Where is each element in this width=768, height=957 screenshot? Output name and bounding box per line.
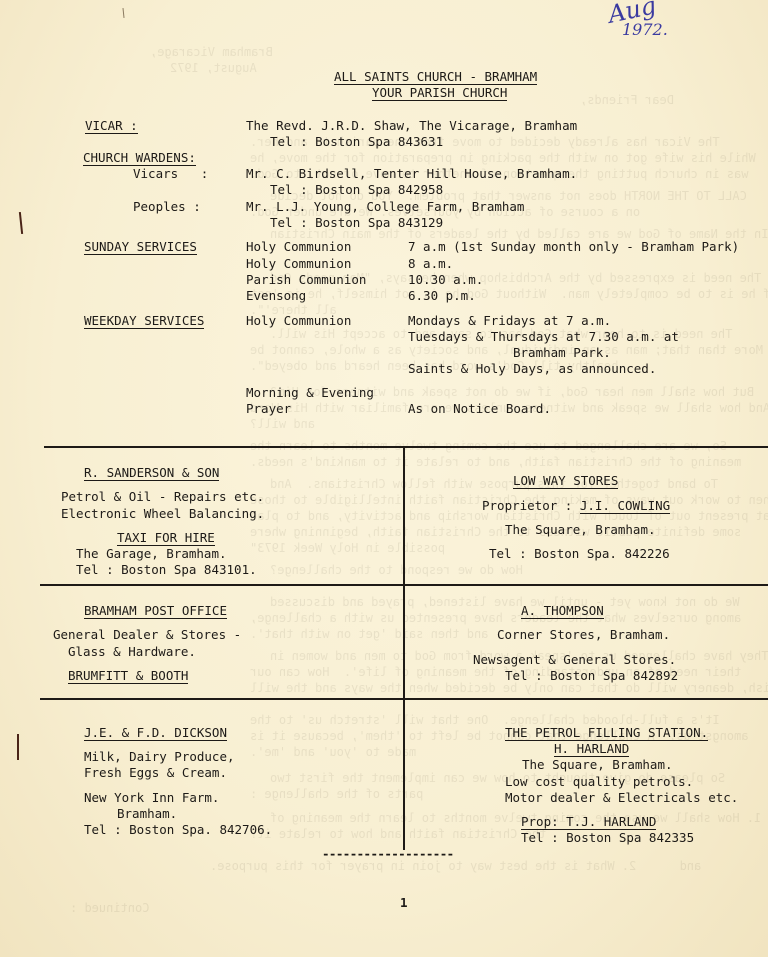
- ad-thompson-tel: Tel : Boston Spa 842892: [505, 668, 678, 684]
- divider-top: [44, 446, 768, 448]
- sunday-service-name: Holy Communion: [246, 256, 351, 272]
- pencil-tick: [122, 8, 124, 18]
- sunday-service-time: 7 a.m (1st Sunday month only - Bramham P…: [408, 239, 739, 255]
- vicar-value: The Revd. J.R.D. Shaw, The Vicarage, Bra…: [246, 118, 577, 134]
- sunday-service-name: Holy Communion: [246, 239, 351, 255]
- weekday-service-name: Morning & Evening: [246, 385, 374, 401]
- ad-sanderson-line2: Electronic Wheel Balancing.: [61, 506, 264, 522]
- margin-mark-bottom: [17, 734, 19, 760]
- ad-lowway-proprietor: Proprietor : J.I. COWLING: [482, 498, 670, 514]
- ad-postoffice-name: BRAMHAM POST OFFICE: [84, 603, 227, 619]
- ad-sanderson-tel: Tel : Boston Spa 843101.: [76, 562, 257, 578]
- divider-vertical: [403, 447, 405, 850]
- ad-sanderson-line1: Petrol & Oil - Repairs etc.: [61, 489, 264, 505]
- weekday-time: Mondays & Fridays at 7 a.m.: [408, 313, 611, 329]
- vicar-tel: Tel : Boston Spa 843631: [270, 134, 443, 150]
- page-subtitle: YOUR PARISH CHURCH: [372, 85, 507, 101]
- ad-petrol-owner: H. HARLAND: [554, 741, 629, 757]
- vicars-warden-label: Vicars :: [133, 166, 208, 182]
- vicars-warden-tel: Tel : Boston Spa 842958: [270, 182, 443, 198]
- page-number: 1: [400, 895, 408, 911]
- sunday-services-label: SUNDAY SERVICES: [84, 239, 197, 255]
- handwritten-year: 1972.: [622, 20, 668, 39]
- page-title: ALL SAINTS CHURCH - BRAMHAM: [334, 69, 537, 85]
- church-wardens-label: CHURCH WARDENS:: [83, 150, 196, 166]
- peoples-warden-tel: Tel : Boston Spa 843129: [270, 215, 443, 231]
- ad-petrol-tel: Tel : Boston Spa 842335: [521, 830, 694, 846]
- weekday-service-name: Prayer: [246, 401, 291, 417]
- ad-sanderson-name: R. SANDERSON & SON: [84, 465, 219, 481]
- sunday-service-name: Evensong: [246, 288, 306, 304]
- vicar-label: VICAR :: [85, 118, 138, 134]
- sunday-service-name: Parish Communion: [246, 272, 366, 288]
- sunday-service-time: 8 a.m.: [408, 256, 453, 272]
- peoples-warden-label: Peoples :: [133, 199, 201, 215]
- ad-petrol-line1: The Square, Bramham.: [522, 757, 673, 773]
- ad-petrol-prop: Prop: T.J. HARLAND: [521, 814, 656, 830]
- weekday-time: Bramham Park.: [513, 345, 611, 361]
- ad-thompson-line1: Corner Stores, Bramham.: [497, 627, 670, 643]
- ad-petrol-line3: Motor dealer & Electricals etc.: [505, 790, 738, 806]
- ad-lowway-name: LOW WAY STORES: [513, 473, 618, 489]
- margin-mark-top: [19, 212, 23, 234]
- ad-sanderson-address: The Garage, Bramham.: [76, 546, 227, 562]
- ad-lowway-tel: Tel : Boston Spa. 842226: [489, 546, 670, 562]
- weekday-service-name: Holy Communion: [246, 313, 351, 329]
- peoples-warden-value: Mr. L.J. Young, College Farm, Bramham: [246, 199, 524, 215]
- ad-postoffice-line2: Glass & Hardware.: [68, 644, 196, 660]
- ad-dickson-line1: Milk, Dairy Produce,: [84, 749, 235, 765]
- weekday-time: Saints & Holy Days, as announced.: [408, 361, 656, 377]
- ad-thompson-name: A. THOMPSON: [521, 603, 604, 619]
- ad-postoffice-owner: BRUMFITT & BOOTH: [68, 668, 188, 684]
- weekday-services-label: WEEKDAY SERVICES: [84, 313, 204, 329]
- sunday-service-time: 6.30 p.m.: [408, 288, 476, 304]
- ad-dickson-name: J.E. & F.D. DICKSON: [84, 725, 227, 741]
- ad-sanderson-taxi: TAXI FOR HIRE: [117, 530, 215, 546]
- ad-dickson-line3: New York Inn Farm.: [84, 790, 219, 806]
- ad-dickson-line2: Fresh Eggs & Cream.: [84, 765, 227, 781]
- weekday-time: As on Notice Board.: [408, 401, 551, 417]
- ad-dickson-tel: Tel : Boston Spa. 842706.: [84, 822, 272, 838]
- ad-petrol-name: THE PETROL FILLING STATION.: [505, 725, 708, 741]
- ad-lowway-address: The Square, Bramham.: [505, 522, 656, 538]
- ad-petrol-line2: Low cost quality petrols.: [505, 774, 693, 790]
- ad-dickson-line4: Bramham.: [117, 806, 177, 822]
- sunday-service-time: 10.30 a.m.: [408, 272, 483, 288]
- ad-thompson-line2: Newsagent & General Stores.: [473, 652, 676, 668]
- footer-divider: -------------------: [322, 846, 454, 862]
- weekday-time: Tuesdays & Thursdays at 7.30 a.m. at: [408, 329, 679, 345]
- vicars-warden-value: Mr. C. Birdsell, Tenter Hill House, Bram…: [246, 166, 577, 182]
- ad-postoffice-line1: General Dealer & Stores -: [53, 627, 241, 643]
